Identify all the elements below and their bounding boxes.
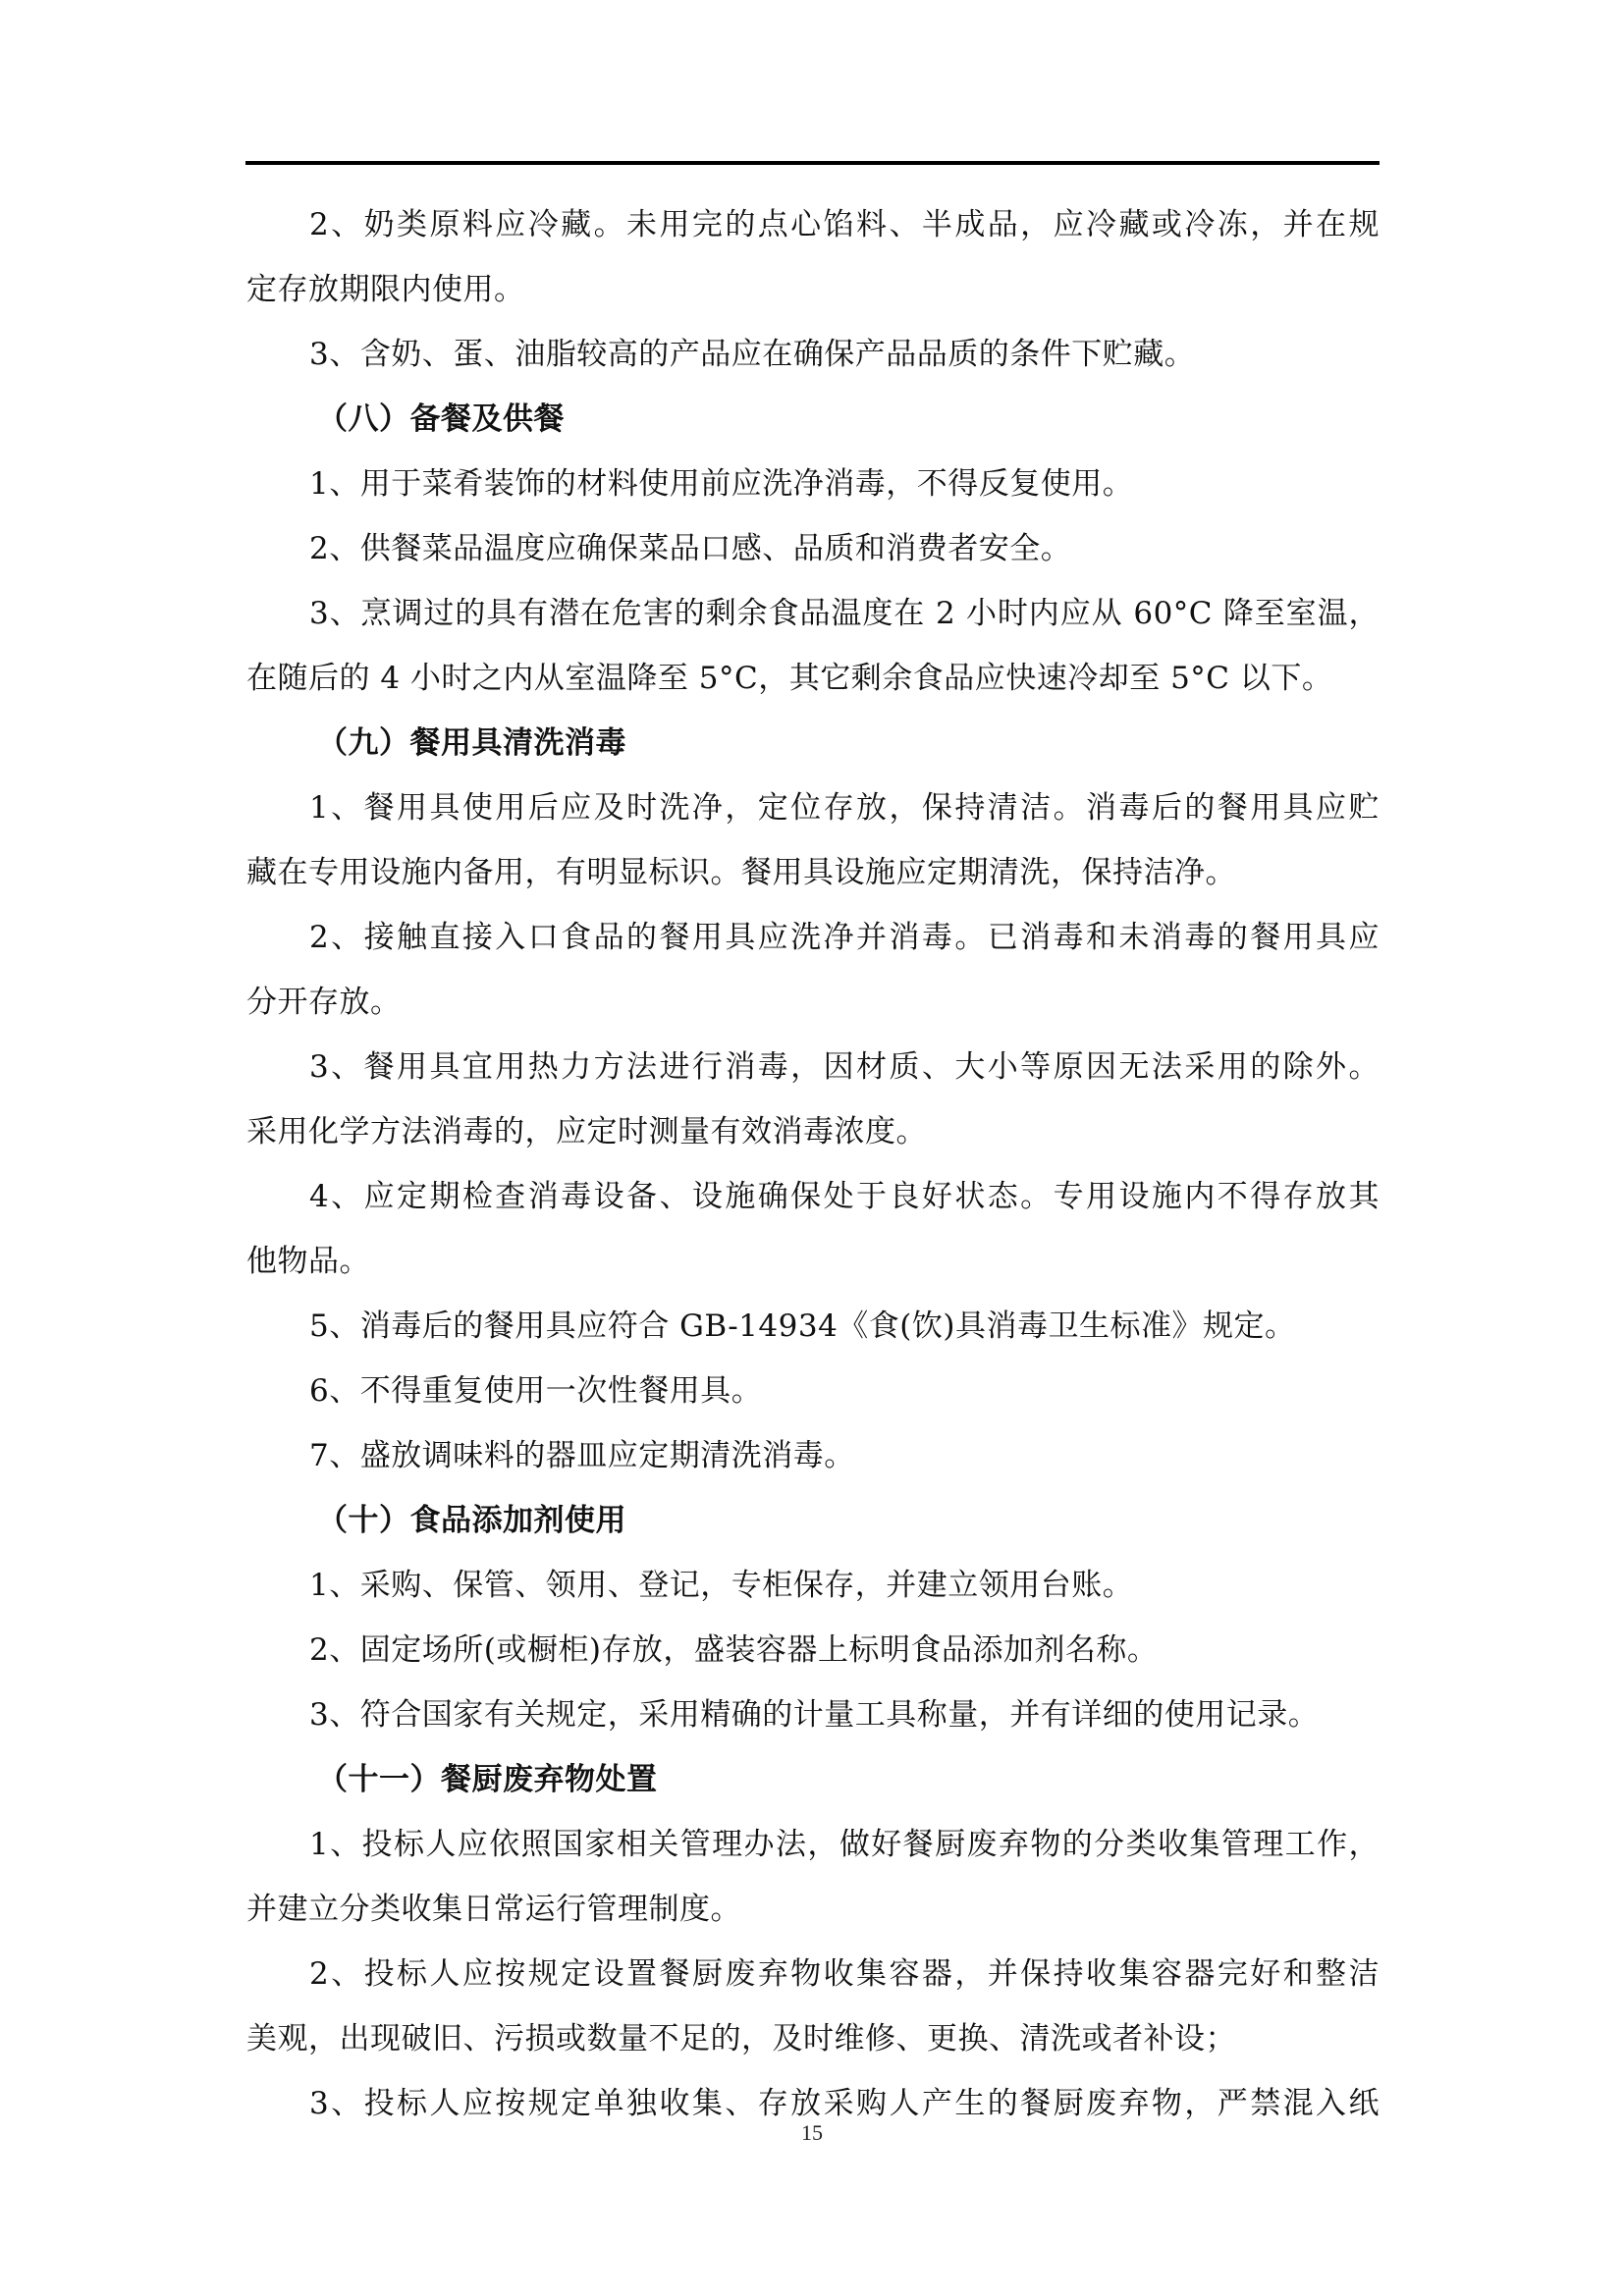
section-heading: （十）食品添加剂使用	[246, 1488, 1380, 1553]
paragraph-line: 分开存放。	[246, 970, 1380, 1035]
paragraph-line: 6、不得重复使用一次性餐用具。	[246, 1359, 1380, 1423]
paragraph-line: 3、餐用具宜用热力方法进行消毒，因材质、大小等原因无法采用的除外。	[246, 1035, 1380, 1099]
paragraph-line: 藏在专用设施内备用，有明显标识。餐用具设施应定期清洗，保持洁净。	[246, 840, 1380, 905]
header-rule	[245, 161, 1380, 165]
document-page: 2、奶类原料应冷藏。未用完的点心馅料、半成品，应冷藏或冷冻，并在规 定存放期限内…	[0, 0, 1624, 2296]
paragraph-line: 1、用于菜肴装饰的材料使用前应洗净消毒，不得反复使用。	[246, 452, 1380, 516]
paragraph-line: 7、盛放调味料的器皿应定期清洗消毒。	[246, 1423, 1380, 1488]
section-heading: （九）餐用具清洗消毒	[246, 711, 1380, 775]
paragraph-line: 1、餐用具使用后应及时洗净，定位存放，保持清洁。消毒后的餐用具应贮	[246, 775, 1380, 840]
paragraph-line: 5、消毒后的餐用具应符合 GB-14934《食(饮)具消毒卫生标准》规定。	[246, 1294, 1380, 1359]
paragraph-line: 在随后的 4 小时之内从室温降至 5°C，其它剩余食品应快速冷却至 5°C 以下…	[246, 646, 1380, 711]
paragraph-line: 定存放期限内使用。	[246, 257, 1380, 322]
paragraph-line: 2、供餐菜品温度应确保菜品口感、品质和消费者安全。	[246, 516, 1380, 581]
paragraph-line: 3、烹调过的具有潜在危害的剩余食品温度在 2 小时内应从 60°C 降至室温，	[246, 581, 1380, 646]
document-body: 2、奶类原料应冷藏。未用完的点心馅料、半成品，应冷藏或冷冻，并在规 定存放期限内…	[246, 192, 1380, 2136]
paragraph-line: 3、含奶、蛋、油脂较高的产品应在确保产品品质的条件下贮藏。	[246, 322, 1380, 387]
paragraph-line: 他物品。	[246, 1229, 1380, 1294]
paragraph-line: 1、投标人应依照国家相关管理办法，做好餐厨废弃物的分类收集管理工作，	[246, 1812, 1380, 1877]
paragraph-line: 4、应定期检查消毒设备、设施确保处于良好状态。专用设施内不得存放其	[246, 1164, 1380, 1229]
section-heading: （八）备餐及供餐	[246, 387, 1380, 452]
paragraph-line: 2、奶类原料应冷藏。未用完的点心馅料、半成品，应冷藏或冷冻，并在规	[246, 192, 1380, 257]
paragraph-line: 2、接触直接入口食品的餐用具应洗净并消毒。已消毒和未消毒的餐用具应	[246, 905, 1380, 970]
paragraph-line: 2、投标人应按规定设置餐厨废弃物收集容器，并保持收集容器完好和整洁	[246, 1942, 1380, 2006]
paragraph-line: 采用化学方法消毒的，应定时测量有效消毒浓度。	[246, 1099, 1380, 1164]
paragraph-line: 1、采购、保管、领用、登记，专柜保存，并建立领用台账。	[246, 1553, 1380, 1618]
section-heading: （十一）餐厨废弃物处置	[246, 1747, 1380, 1812]
paragraph-line: 并建立分类收集日常运行管理制度。	[246, 1877, 1380, 1942]
paragraph-line: 2、固定场所(或橱柜)存放，盛装容器上标明食品添加剂名称。	[246, 1618, 1380, 1682]
paragraph-line: 美观，出现破旧、污损或数量不足的，及时维修、更换、清洗或者补设；	[246, 2006, 1380, 2071]
paragraph-line: 3、符合国家有关规定，采用精确的计量工具称量，并有详细的使用记录。	[246, 1682, 1380, 1747]
page-number: 15	[0, 2120, 1624, 2146]
